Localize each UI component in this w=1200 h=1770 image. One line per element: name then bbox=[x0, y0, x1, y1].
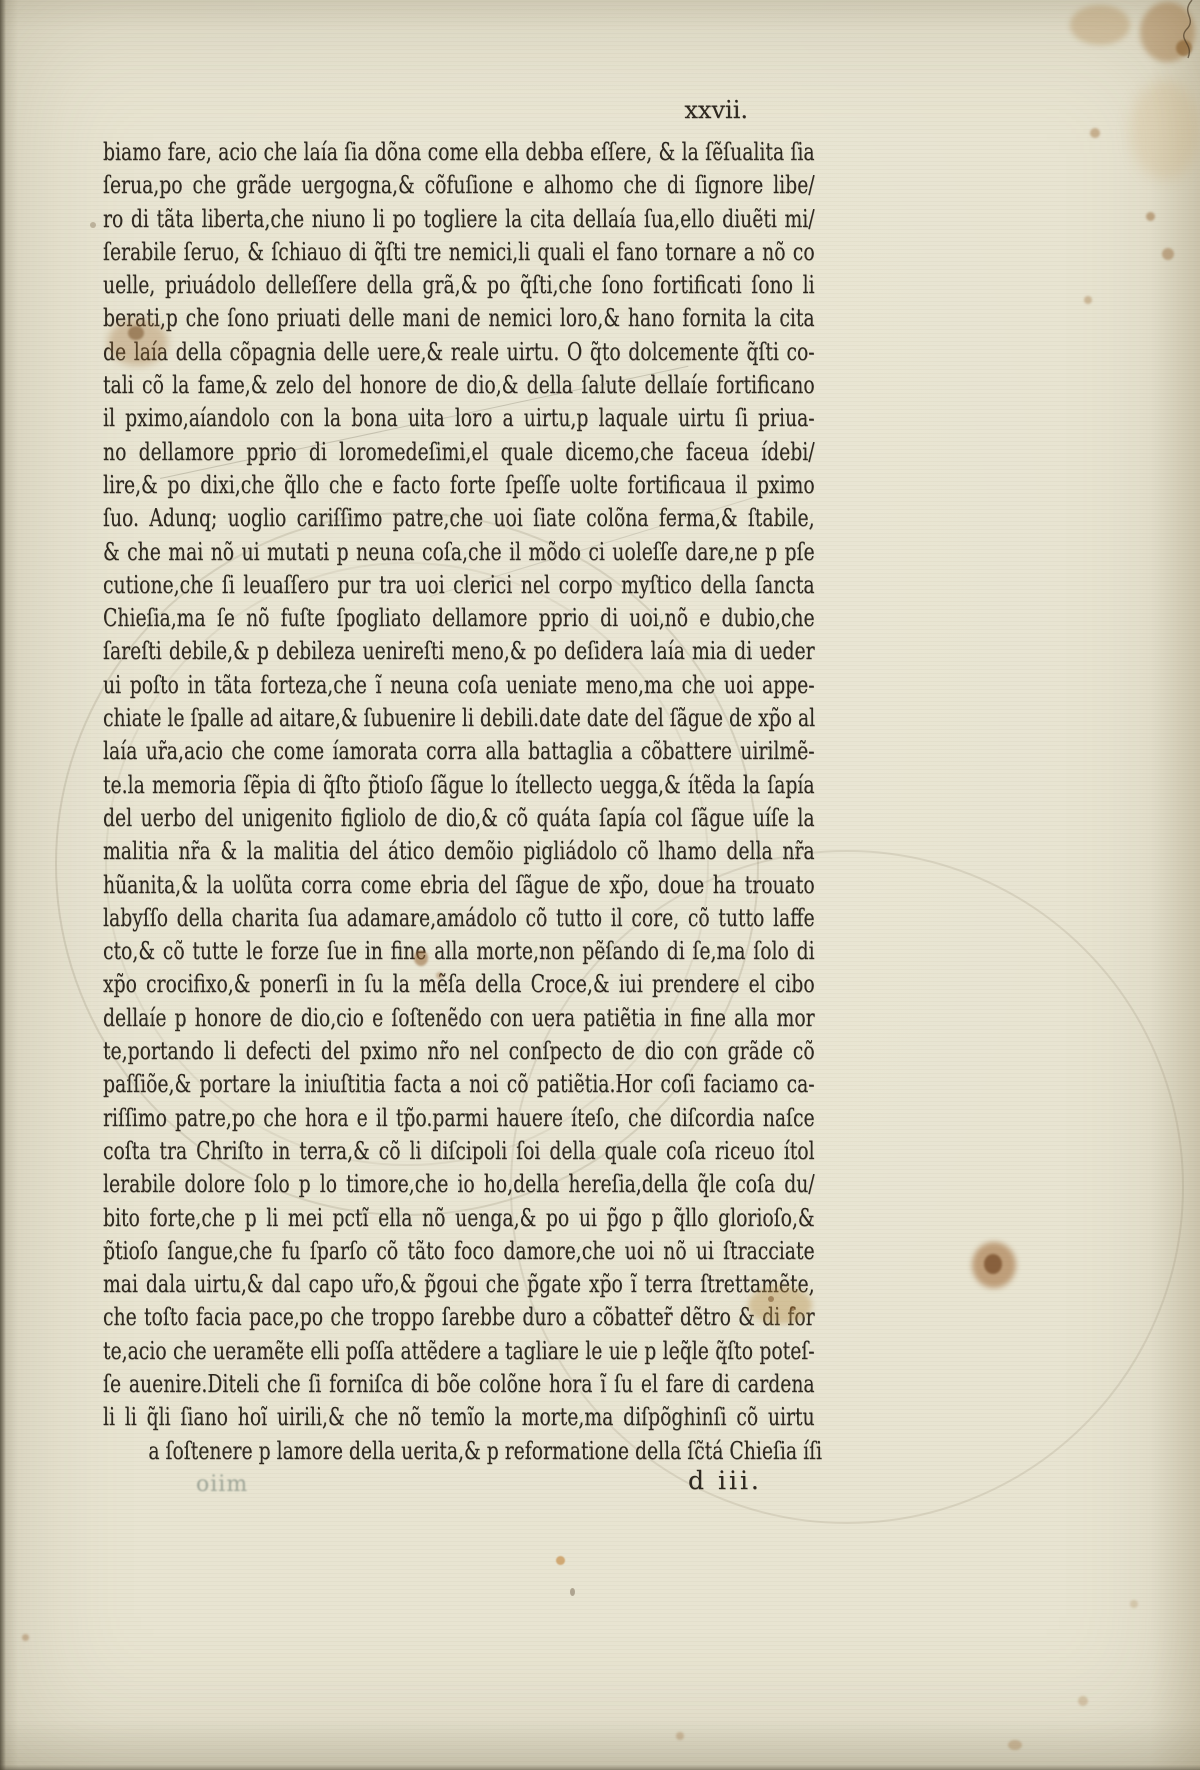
foxing-spot bbox=[556, 1556, 565, 1565]
foxing-spot bbox=[1146, 212, 1155, 221]
text-line: lerabile dolore ſolo p lo timore,che io … bbox=[103, 1168, 815, 1201]
text-line: labyſſo della charita ſua adamare,amádol… bbox=[103, 902, 815, 935]
foxing-spot bbox=[1090, 128, 1100, 138]
text-line: uelle, priuádolo delleſſere della grã,& … bbox=[103, 269, 815, 302]
text-line: ſuo. Adunq; uoglio cariſſimo patre,che u… bbox=[103, 502, 815, 535]
foxing-spot bbox=[1070, 5, 1130, 45]
foxing-spot bbox=[1162, 248, 1174, 260]
text-line: tali cõ la fame,& zelo del honore de dio… bbox=[103, 369, 815, 402]
text-line: mai dala uirtu,& dal capo ur̃o,& p̃goui … bbox=[103, 1268, 815, 1301]
book-page: xxvii. biamo fare, acio che laía ſia dõn… bbox=[0, 0, 1200, 1770]
text-line: ſareſti debile,& p debileza uenireſti me… bbox=[103, 635, 815, 668]
text-line: Chieſia,ma ſe nõ fuſte ſpogliato dellamo… bbox=[103, 602, 815, 635]
text-line: ſerua,po che grãde uergogna,& cõfuſione … bbox=[103, 169, 815, 202]
text-line: no dellamore pprio di loromedeſimi,el qu… bbox=[103, 436, 815, 469]
foxing-spot bbox=[1130, 1600, 1138, 1608]
foxing-spot bbox=[1084, 296, 1092, 304]
text-line: del uerbo del unigenito figliolo de dio,… bbox=[103, 802, 815, 835]
fiber-squiggle bbox=[1140, 0, 1200, 70]
text-line: te.la memoria ſẽpia di q̃ſto p̃tioſo ſãg… bbox=[103, 769, 815, 802]
text-line: ſe auenire.Diteli che ſi forniſca di bõe… bbox=[103, 1368, 815, 1401]
text-line: il pximo,aíandolo con la bona uita loro … bbox=[103, 402, 815, 435]
foxing-spot bbox=[676, 1732, 684, 1740]
text-line: paſſiõe,& portare la iniuſtitia facta a … bbox=[103, 1068, 815, 1101]
text-block: biamo fare, acio che laía ſia dõna come … bbox=[103, 136, 1013, 1468]
ink-show-through: oiim bbox=[196, 1472, 248, 1497]
text-line: & che mai nõ ui mutati p neuna coſa,che … bbox=[103, 536, 815, 569]
text-line: cto,& cõ tutte le forze ſue in fine alla… bbox=[103, 935, 815, 968]
page-edge-left bbox=[0, 0, 6, 1770]
text-line: xp̃o crocifixo,& ponerſi in ſu la mẽſa d… bbox=[103, 968, 815, 1001]
text-line: chiate le ſpalle ad aitare,& ſubuenire l… bbox=[103, 702, 815, 735]
signature-mark: d iii. bbox=[688, 1466, 762, 1495]
text-line: ui poſto in tãta forteza,che ĩ neuna coſ… bbox=[103, 669, 815, 702]
foxing-spot bbox=[22, 1634, 29, 1641]
text-line: dellaíe p honore de dio,cio e ſoſtenẽdo … bbox=[103, 1002, 815, 1035]
foxing-spot bbox=[1130, 80, 1200, 180]
text-line: coſta tra Chriſto in terra,& cõ li diſci… bbox=[103, 1135, 815, 1168]
folio-number: xxvii. bbox=[548, 96, 748, 124]
text-line: laía ur̃a,acio che come íamorata corra a… bbox=[103, 735, 815, 768]
text-line: de laía della cõpagnia delle uere,& real… bbox=[103, 336, 815, 369]
text-line: malitia nr̃a & la malitia del ático demõ… bbox=[103, 835, 815, 868]
text-line: cutione,che ſi leuaſſero pur tra uoi cle… bbox=[103, 569, 815, 602]
page-edge-bottom bbox=[0, 1765, 1200, 1770]
text-line: ſerabile ſeruo, & ſchiauo di q̃ſti tre n… bbox=[103, 236, 815, 269]
text-line: berati,p che ſono priuati delle mani de … bbox=[103, 302, 815, 335]
text-line: riſſimo patre,po che hora e il tp̃o.parm… bbox=[103, 1102, 815, 1135]
foxing-spot bbox=[90, 222, 96, 228]
foxing-spot bbox=[1078, 1696, 1088, 1706]
text-line: te,acio che ueramẽte elli poſſa attẽdere… bbox=[103, 1335, 815, 1368]
text-line: hũanita,& la uolũta corra come ebria del… bbox=[103, 869, 815, 902]
text-line: p̃tioſo ſangue,che fu ſparſo cõ tãto foc… bbox=[103, 1235, 815, 1268]
text-line: li li q̃li ſiano hoĩ uirili,& che nõ tem… bbox=[103, 1401, 815, 1434]
foxing-spot bbox=[570, 1588, 575, 1596]
text-line: lire,& po dixi,che q̃llo che e facto for… bbox=[103, 469, 815, 502]
text-line: te,portando li defecti del pximo nr̃o ne… bbox=[103, 1035, 815, 1068]
foxing-spot bbox=[1008, 1740, 1022, 1750]
text-line: bito forte,che p li mei pctĩ ella nõ uen… bbox=[103, 1202, 815, 1235]
text-line: ro di tãta liberta,che niuno li po togli… bbox=[103, 203, 815, 236]
text-line: che toſto facia pace,po che troppo ſareb… bbox=[103, 1301, 815, 1334]
text-line: a ſoſtenere p lamore della uerita,& p re… bbox=[103, 1435, 815, 1468]
text-line: biamo fare, acio che laía ſia dõna come … bbox=[103, 136, 815, 169]
